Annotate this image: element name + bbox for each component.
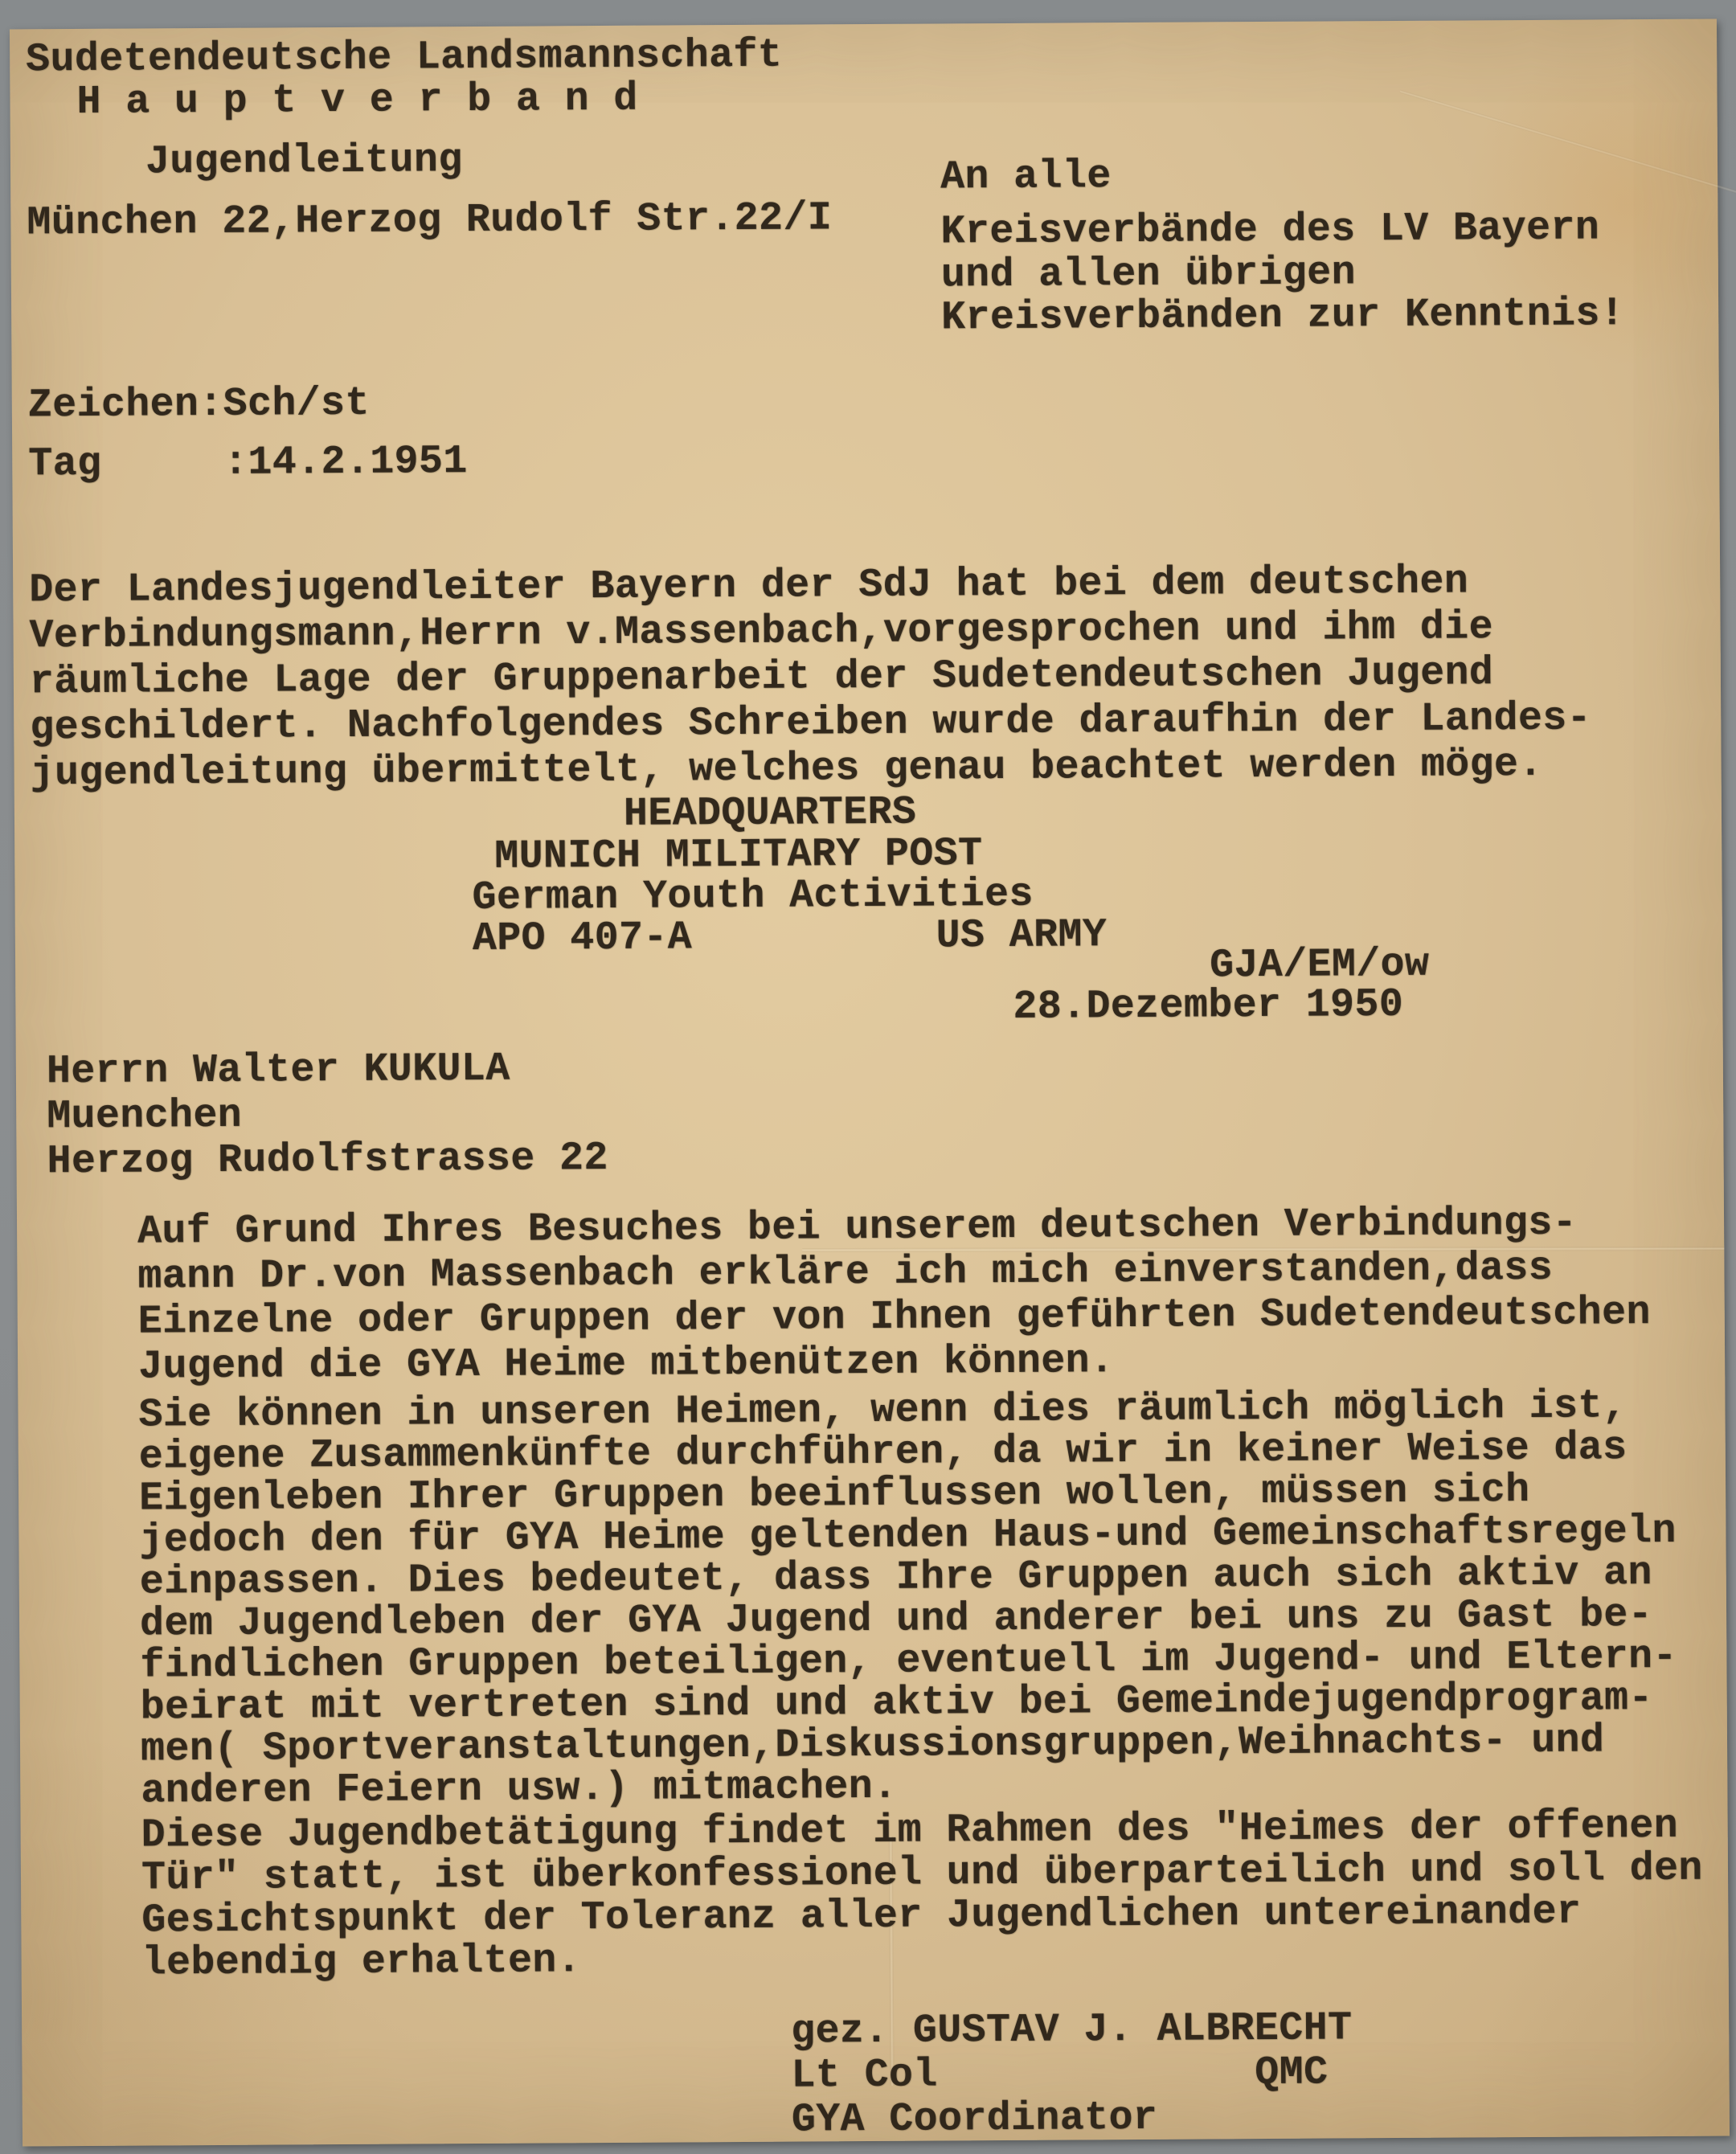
- signature-name-line: gez. GUSTAV J. ALBRECHT: [791, 2006, 1352, 2054]
- intro-paragraph: Der Landesjugendleiter Bayern der SdJ ha…: [29, 559, 1591, 797]
- text-line: Gesichtspunkt der Toleranz aller Jugendl…: [141, 1890, 1703, 1943]
- recipient-name-line: Herrn Walter KUKULA: [47, 1046, 608, 1095]
- signature-role-line: GYA Coordinator: [792, 2095, 1353, 2142]
- scan-background: Sudetendeutsche Landsmannschaft H a u p …: [0, 0, 1736, 2154]
- recipient-block: Herrn Walter KUKULA Muenchen Herzog Rudo…: [47, 1046, 608, 1185]
- sender-organization: Sudetendeutsche Landsmannschaft: [26, 35, 782, 83]
- signature-rank-line: Lt Col QMC: [791, 2050, 1352, 2098]
- distribution-line: Kreisverbänden zur Kenntnis!: [941, 293, 1624, 340]
- text-line: men( Sportveranstaltungen,Diskussionsgru…: [141, 1720, 1678, 1771]
- distribution-line: und allen übrigen: [941, 252, 1356, 297]
- hq-headquarters-line: HEADQUARTERS: [624, 792, 917, 837]
- sender-department: Jugendleitung: [145, 139, 463, 184]
- sender-address: München 22,Herzog Rudolf Str.22/I: [27, 197, 832, 245]
- body-paragraph-2: Sie können in unseren Heimen, wenn dies …: [138, 1386, 1678, 1813]
- text-line: Jugend die GYA Heime mitbenützen können.: [138, 1336, 1651, 1390]
- distribution-line: An alle: [940, 155, 1112, 199]
- hq-apo-army-line: APO 407-A US ARMY: [473, 914, 1108, 961]
- body-paragraph-3: Diese Jugendbetätigung findet im Rahmen …: [141, 1805, 1704, 1985]
- recipient-street-line: Herzog Rudolfstrasse 22: [47, 1136, 608, 1185]
- distribution-line: Kreisverbände des LV Bayern: [940, 207, 1599, 254]
- hq-date-line: 28.Dezember 1950: [1013, 984, 1403, 1030]
- reference-date-line: Tag :14.2.1951: [28, 440, 468, 486]
- text-line: lebendig erhalten.: [142, 1933, 1704, 1985]
- letter-paper: Sudetendeutsche Landsmannschaft H a u p …: [10, 19, 1730, 2147]
- text-line: jugendleitung übermittelt, welches genau…: [30, 742, 1591, 797]
- text-line: Einzelne oder Gruppen der von Ihnen gefü…: [138, 1291, 1651, 1345]
- body-paragraph-1: Auf Grund Ihres Besuches bei unserem deu…: [137, 1201, 1651, 1390]
- signature-block: gez. GUSTAV J. ALBRECHT Lt Col QMC GYA C…: [791, 2006, 1353, 2142]
- diagonal-crease: [1400, 90, 1736, 195]
- sender-division: H a u p t v e r b a n d: [76, 78, 637, 125]
- recipient-city-line: Muenchen: [47, 1091, 608, 1140]
- reference-code-line: Zeichen:Sch/st: [28, 383, 370, 428]
